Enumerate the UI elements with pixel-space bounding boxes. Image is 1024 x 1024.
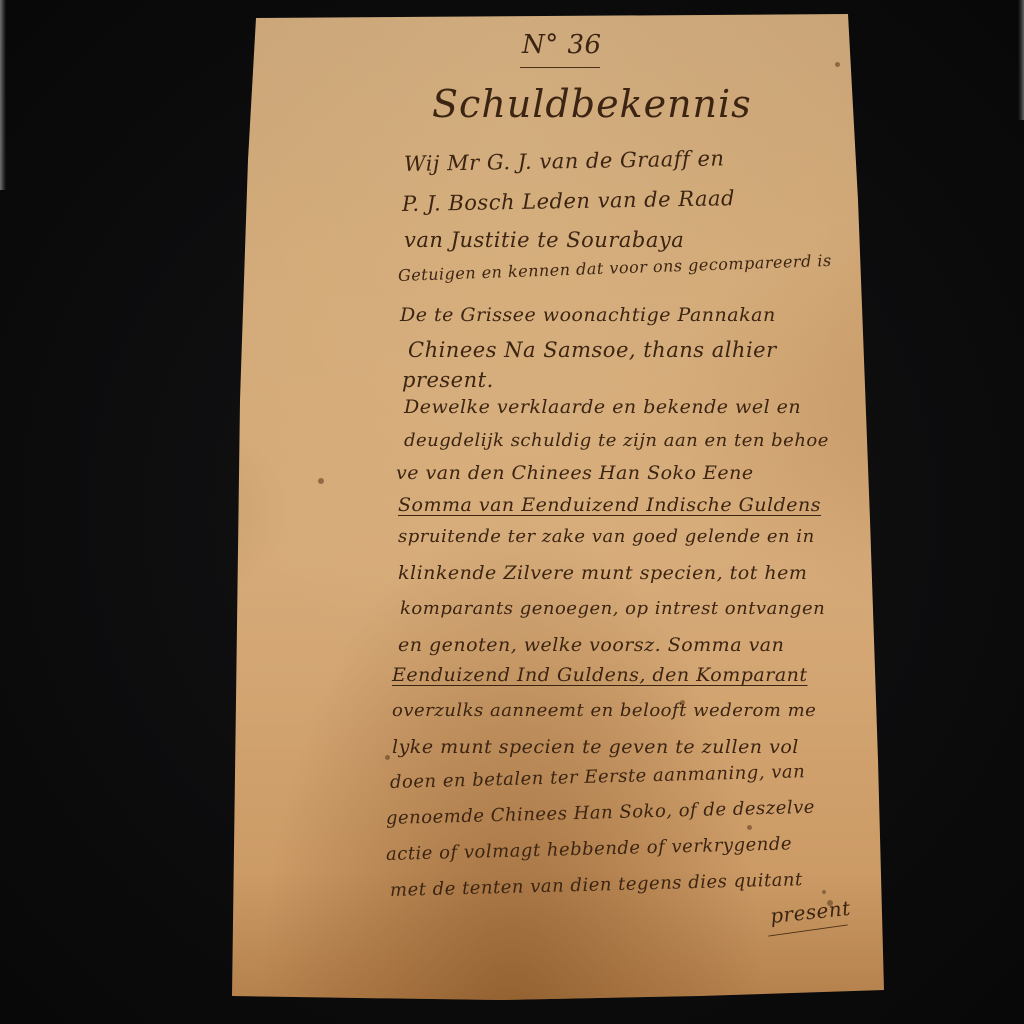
stain-spot bbox=[318, 478, 324, 484]
text-line: Wij Mr G. J. van de Graaff en bbox=[404, 146, 725, 176]
text-line: actie of volmagt hebbende of verkrygende bbox=[386, 833, 793, 865]
text-line: Chinees Na Samsoe, thans alhier bbox=[408, 338, 777, 362]
text-line: doen en betalen ter Eerste aanmaning, va… bbox=[390, 761, 806, 793]
text-line: van Justitie te Sourabaya bbox=[404, 228, 684, 252]
background-edge-glint bbox=[0, 0, 6, 190]
background-edge-glint bbox=[1018, 0, 1024, 120]
document-title: Schuldbekennis bbox=[432, 82, 752, 126]
document-number: N° 36 bbox=[522, 30, 602, 60]
stain-spot bbox=[385, 755, 390, 760]
text-line: deugdelijk schuldig te zijn aan en ten b… bbox=[404, 430, 829, 451]
text-line: komparants genoegen, op intrest ontvange… bbox=[400, 598, 825, 619]
text-line: met de tenten van dien tegens dies quita… bbox=[390, 869, 803, 901]
text-line-amount: Somma van Eenduizend Indische Guldens bbox=[398, 494, 821, 516]
text-line: Getuigen en kennen dat voor ons gecompar… bbox=[398, 251, 832, 285]
catchword-signoff: present bbox=[769, 896, 852, 928]
text-line: lyke munt specien te geven te zullen vol bbox=[392, 736, 799, 758]
text-line: en genoten, welke voorsz. Somma van bbox=[398, 634, 784, 656]
text-line: spruitende ter zake van goed gelende en … bbox=[398, 526, 815, 547]
stain-spot bbox=[747, 825, 752, 830]
text-line: ve van den Chinees Han Soko Eene bbox=[396, 462, 754, 484]
text-line: klinkende Zilvere munt specien, tot hem bbox=[398, 562, 807, 584]
text-line: P. J. Bosch Leden van de Raad bbox=[402, 186, 735, 216]
stain-spot bbox=[835, 62, 840, 67]
text-line: De te Grissee woonachtige Pannakan bbox=[400, 304, 776, 326]
document-number-underline bbox=[520, 67, 600, 68]
text-line-amount: Eenduizend Ind Guldens, den Komparant bbox=[392, 664, 808, 686]
text-line: genoemde Chinees Han Soko, of de deszelv… bbox=[386, 797, 815, 829]
text-line: Dewelke verklaarde en bekende wel en bbox=[404, 396, 801, 418]
text-line: present. bbox=[402, 368, 494, 392]
text-line: overzulks aanneemt en belooft wederom me bbox=[392, 700, 816, 721]
manuscript-page: N° 36 Schuldbekennis Wij Mr G. J. van de… bbox=[0, 0, 1024, 1024]
stain-spot bbox=[822, 890, 826, 894]
